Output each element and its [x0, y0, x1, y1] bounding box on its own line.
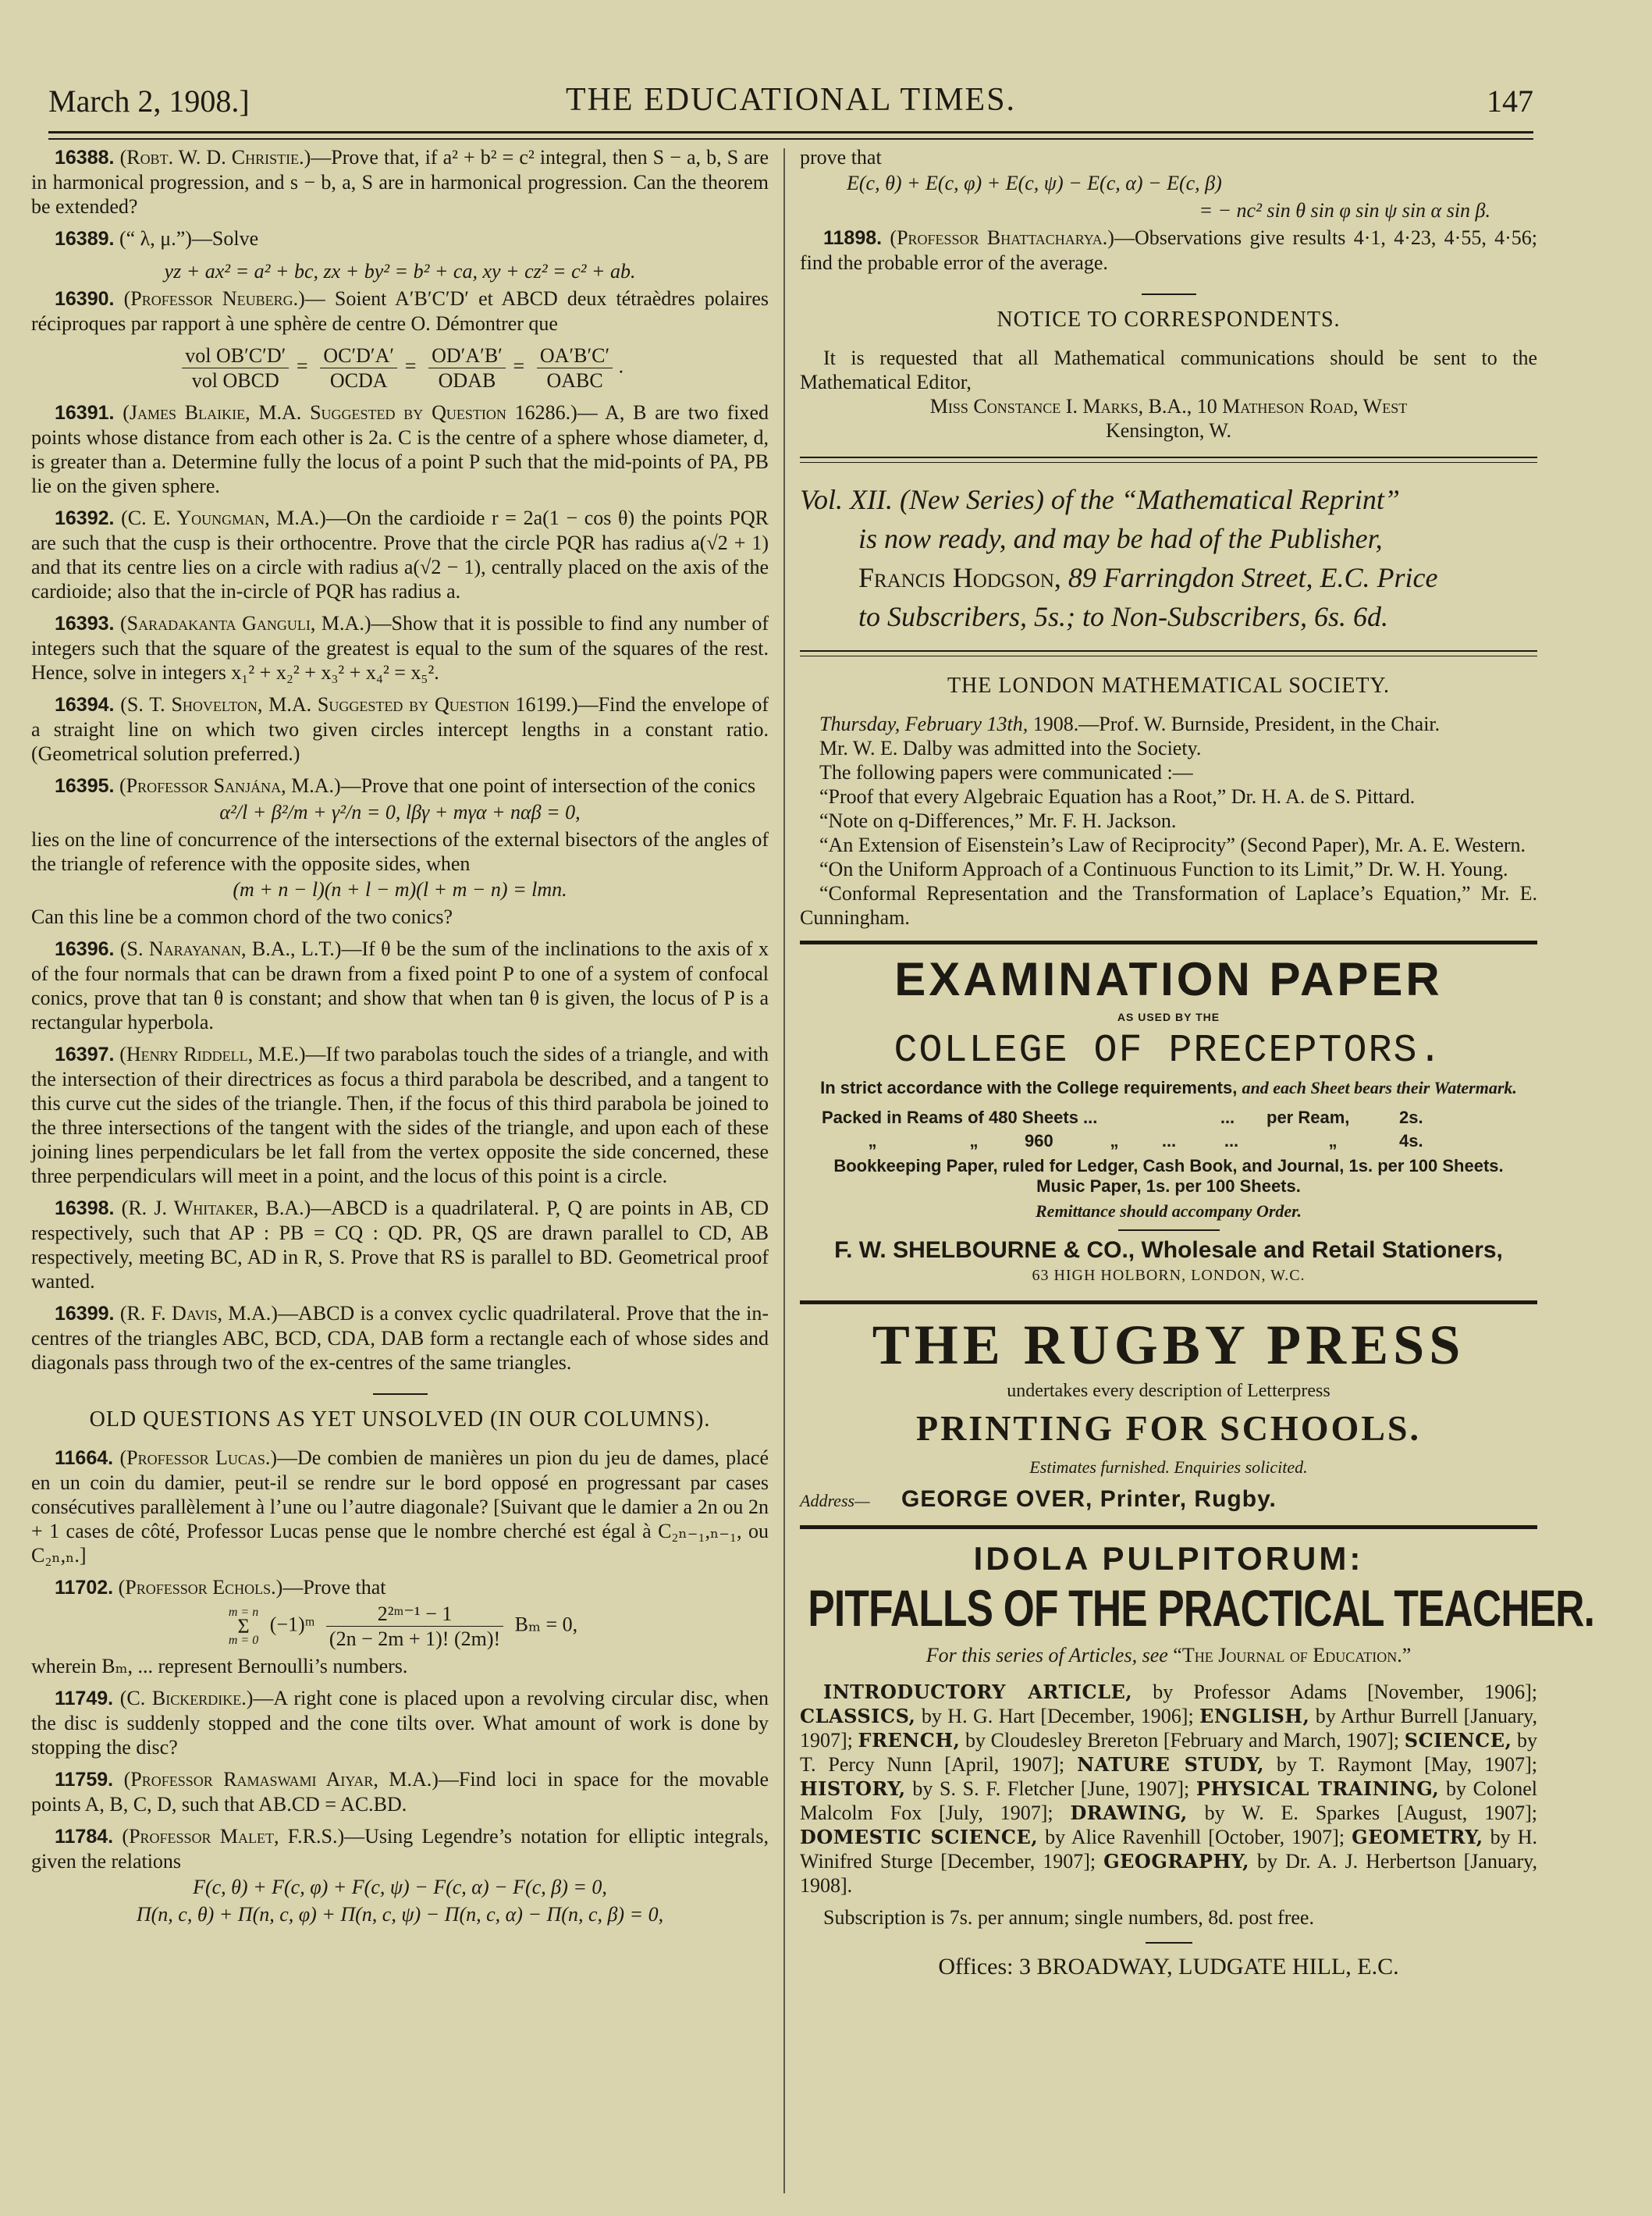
- question-author: (Professor Sanjána, M.A.): [119, 774, 341, 797]
- question-16388: 16388. (Robt. W. D. Christie.)—Prove tha…: [31, 145, 769, 219]
- divider: [1118, 1229, 1220, 1231]
- ad-divider: [800, 941, 1537, 944]
- fraction-equation: vol OB′C′D′vol OBCD= OC′D′A′OCDA= OD′A′B…: [31, 343, 769, 393]
- question-11898: 11898. (Professor Bhattacharya.)—Observa…: [800, 226, 1537, 275]
- remittance-text: Remittance should accompany Order.: [800, 1201, 1537, 1222]
- meeting-date: Thursday, February 13th,: [819, 713, 1028, 735]
- lms-papers-intro: The following papers were communicated :…: [800, 760, 1537, 784]
- question-16394: 16394. (S. T. Shovelton, M.A. Suggested …: [31, 692, 769, 766]
- question-11784: 11784. (Professor Malet, F.R.S.)—Using L…: [31, 1824, 769, 1873]
- question-author: (R. F. Davis, M.A.): [120, 1302, 278, 1325]
- price-value: 2s.: [1399, 1106, 1446, 1129]
- fraction: 2²ᵐ⁻¹ − 1(2n − 2m + 1)! (2m)!: [326, 1602, 503, 1651]
- question-number: 16389.: [55, 228, 114, 250]
- ditto: „: [822, 1129, 923, 1153]
- numerator: OC′D′A′: [320, 343, 397, 368]
- ad-title: THE RUGBY PRESS: [800, 1314, 1537, 1376]
- article-topic: NATURE STUDY,: [1077, 1753, 1264, 1776]
- article-topic: INTRODUCTORY ARTICLE,: [823, 1681, 1132, 1703]
- lms-meeting: Thursday, February 13th, 1908.—Prof. W. …: [800, 712, 1537, 736]
- price-dots: ...: [1142, 1129, 1196, 1153]
- article-list: INTRODUCTORY ARTICLE, by Professor Adams…: [800, 1680, 1537, 1898]
- examination-paper-ad: EXAMINATION PAPER AS USED BY THE COLLEGE…: [800, 954, 1537, 1288]
- question-number: 16398.: [55, 1197, 114, 1219]
- lms-paper: “Note on q-Differences,” Mr. F. H. Jacks…: [800, 809, 1537, 833]
- divider: [1146, 1942, 1192, 1944]
- question-author: (Professor Lucas.): [119, 1446, 277, 1469]
- question-number: 11759.: [55, 1769, 113, 1791]
- sign-term: (−1)ᵐ: [270, 1613, 315, 1635]
- question-author: (Professor Malet, F.R.S.): [122, 1825, 344, 1848]
- publication-title: THE EDUCATIONAL TIMES.: [48, 81, 1533, 119]
- sheet-count: 960: [1025, 1129, 1087, 1153]
- numerator: OD′A′B′: [428, 343, 506, 368]
- article-author: by W. E. Sparkes [August, 1907];: [1188, 1802, 1537, 1824]
- question-16393: 16393. (Saradakanta Ganguli, M.A.)—Show …: [31, 611, 769, 685]
- lms-paper: “Proof that every Algebraic Equation has…: [800, 784, 1537, 809]
- series-text: For this series of Articles, see: [926, 1644, 1174, 1666]
- ad-address: Address— GEORGE OVER, Printer, Rugby.: [800, 1487, 1537, 1513]
- price-row: „ „ 960 „ ... ... „ 4s.: [800, 1129, 1537, 1153]
- question-author: (Robt. W. D. Christie.): [120, 146, 311, 169]
- question-number: 16399.: [55, 1303, 114, 1325]
- question-number: 16397.: [55, 1044, 114, 1065]
- equation: (m + n − l)(n + l − m)(l + m − n) = lmn.: [31, 877, 769, 902]
- equation: Π(n, c, θ) + Π(n, c, φ) + Π(n, c, ψ) − Π…: [31, 1902, 769, 1926]
- stationer-name: F. W. SHELBOURNE & CO., Wholesale and Re…: [800, 1237, 1537, 1264]
- equation: yz + ax² = a² + bc, zx + by² = b² + ca, …: [31, 259, 769, 283]
- column-divider: [783, 148, 785, 2193]
- music-text: Music Paper, 1s. per 100 Sheets.: [800, 1176, 1537, 1197]
- fraction: OC′D′A′OCDA: [320, 343, 397, 393]
- accordance-text: In strict accordance with the College re…: [800, 1078, 1537, 1098]
- question-16392: 16392. (C. E. Youngman, M.A.)—On the car…: [31, 506, 769, 603]
- question-number: 16391.: [55, 402, 114, 424]
- denominator: vol OBCD: [182, 368, 289, 393]
- ad-estimates: Estimates furnished. Enquiries solicited…: [800, 1455, 1537, 1479]
- stationer-address: 63 HIGH HOLBORN, LONDON, W.C.: [800, 1264, 1537, 1288]
- article-author: by H. G. Hart [December, 1906];: [915, 1705, 1199, 1727]
- numerator: OA′B′C′: [537, 343, 613, 368]
- editor-address-line2: Kensington, W.: [800, 418, 1537, 443]
- remittance-italic: Remittance should accompany Order.: [1036, 1201, 1302, 1221]
- newspaper-page: March 2, 1908.] THE EDUCATIONAL TIMES. 1…: [0, 0, 1652, 2216]
- article-author: by S. S. F. Fletcher [June, 1907];: [906, 1777, 1196, 1800]
- old-questions-heading: OLD QUESTIONS AS YET UNSOLVED (IN OUR CO…: [31, 1407, 769, 1432]
- meeting-text: 1908.—Prof. W. Burnside, President, in t…: [1028, 713, 1440, 735]
- price-desc: Packed in Reams of 480 Sheets ...: [822, 1106, 1188, 1129]
- lms-report: Thursday, February 13th, 1908.—Prof. W. …: [800, 712, 1537, 930]
- price-dots: ...: [1188, 1106, 1267, 1129]
- ad-subtitle: undertakes every description of Letterpr…: [800, 1379, 1537, 1403]
- numerator: vol OB′C′D′: [182, 343, 289, 368]
- article-topic: FRENCH,: [858, 1729, 961, 1752]
- equation: F(c, θ) + F(c, φ) + F(c, ψ) − F(c, α) − …: [31, 1875, 769, 1899]
- ad-headline: PITFALLS OF THE PRACTICAL TEACHER.: [808, 1579, 1529, 1637]
- question-text: Can this line be a common chord of the t…: [31, 905, 769, 929]
- article-topic: GEOGRAPHY,: [1103, 1850, 1249, 1873]
- journal-name: “The Journal of Education.”: [1173, 1644, 1411, 1666]
- sum-lower-limit: m = 0: [229, 1634, 258, 1648]
- masthead: March 2, 1908.] THE EDUCATIONAL TIMES. 1…: [48, 78, 1533, 125]
- college-name: COLLEGE OF PRECEPTORS.: [800, 1030, 1537, 1073]
- ad-subtitle: AS USED BY THE: [800, 1005, 1537, 1030]
- question-number: 11702.: [55, 1577, 113, 1599]
- continuation-text: prove that: [800, 145, 1537, 169]
- question-number: 16393.: [55, 613, 114, 635]
- summation-equation: m = n Σ m = 0 (−1)ᵐ 2²ᵐ⁻¹ − 1(2n − 2m + …: [31, 1602, 769, 1651]
- question-number: 11664.: [55, 1447, 113, 1469]
- question-text: —Prove that: [282, 1576, 385, 1599]
- divider: [800, 457, 1537, 463]
- question-author: (Professor Echols.): [119, 1576, 283, 1599]
- question-author: (Saradakanta Ganguli, M.A.): [120, 612, 371, 635]
- question-author: (Henry Riddell, M.E.): [119, 1043, 305, 1065]
- question-16396: 16396. (S. Narayanan, B.A., L.T.)—If θ b…: [31, 937, 769, 1034]
- price-dots: ...: [1196, 1129, 1267, 1153]
- divider: [800, 650, 1537, 656]
- publisher-address: 89 Farringdon Street, E.C. Price: [1061, 562, 1438, 593]
- ad-headline: PRINTING FOR SCHOOLS.: [800, 1407, 1537, 1450]
- article-topic: CLASSICS,: [800, 1705, 915, 1727]
- address-label: Address—: [800, 1489, 901, 1513]
- price-value: 4s.: [1399, 1129, 1446, 1153]
- article-topic: SCIENCE,: [1405, 1729, 1512, 1752]
- question-author: (“ λ, μ.”): [119, 227, 192, 250]
- question-number: 16396.: [55, 938, 114, 960]
- reprint-line1: Vol. XII. (New Series) of the “Mathemati…: [800, 484, 1400, 515]
- ditto: „: [1087, 1129, 1142, 1153]
- question-text: —Prove that one point of intersection of…: [341, 774, 755, 797]
- subscription-text: Subscription is 7s. per annum; single nu…: [800, 1905, 1537, 1930]
- ad-divider: [800, 1300, 1537, 1304]
- lms-admitted: Mr. W. E. Dalby was admitted into the So…: [800, 736, 1537, 760]
- question-number: 16388.: [55, 147, 114, 169]
- lms-paper: “An Extension of Eisenstein’s Law of Rec…: [800, 833, 1537, 857]
- section-divider: [373, 1393, 428, 1395]
- article-topic: HISTORY,: [800, 1777, 906, 1800]
- article-author: by Cloudesley Brereton [February and Mar…: [960, 1729, 1404, 1752]
- reprint-line4: to Subscribers, 5s.; to Non-Subscribers,…: [800, 597, 1537, 636]
- ad-title: EXAMINATION PAPER: [800, 954, 1537, 1005]
- lms-paper: “Conformal Representation and the Transf…: [800, 881, 1537, 930]
- numerator: 2²ᵐ⁻¹ − 1: [326, 1602, 503, 1627]
- equation: E(c, θ) + E(c, φ) + E(c, ψ) − E(c, α) − …: [800, 171, 1537, 195]
- accordance-main: In strict accordance with the College re…: [820, 1078, 1237, 1097]
- accordance-italic: and each Sheet bears their Watermark.: [1242, 1078, 1516, 1097]
- ad-divider: [800, 1525, 1537, 1529]
- question-16391: 16391. (James Blaikie, M.A. Suggested by…: [31, 400, 769, 498]
- question-number: 16394.: [55, 694, 114, 716]
- equals-zero: = 0,: [545, 1613, 577, 1635]
- question-number: 11784.: [55, 1826, 113, 1848]
- reprint-notice: Vol. XII. (New Series) of the “Mathemati…: [800, 480, 1537, 636]
- editor-address: Miss Constance I. Marks, B.A., 10 Mathes…: [800, 394, 1537, 418]
- question-author: (Professor Neuberg.): [124, 287, 305, 310]
- article-topic: GEOMETRY,: [1352, 1826, 1483, 1848]
- article-topic: ENGLISH,: [1199, 1705, 1309, 1727]
- question-11759: 11759. (Professor Ramaswami Aiyar, M.A.)…: [31, 1767, 769, 1816]
- question-text: lies on the line of concurrence of the i…: [31, 827, 769, 876]
- article-author: by Professor Adams [November, 1906];: [1132, 1681, 1537, 1703]
- fraction: OA′B′C′OABC: [537, 343, 613, 393]
- fraction: OD′A′B′ODAB: [428, 343, 506, 393]
- article-author: by Alice Ravenhill [October, 1907];: [1038, 1826, 1352, 1848]
- fraction: vol OB′C′D′vol OBCD: [182, 343, 289, 393]
- series-reference: For this series of Articles, see “The Jo…: [800, 1643, 1537, 1667]
- question-author: (S. Narayanan, B.A., L.T.): [120, 937, 342, 960]
- price-unit: per Ream,: [1267, 1106, 1399, 1129]
- sigma: Σ: [229, 1620, 258, 1634]
- notice-heading: NOTICE TO CORRESPONDENTS.: [800, 308, 1537, 332]
- question-author: (James Blaikie, M.A. Suggested by Questi…: [123, 401, 577, 424]
- equation: α²/l + β²/m + γ²/n = 0, lβγ + mγα + nαβ …: [31, 800, 769, 824]
- question-number: 16390.: [55, 288, 114, 310]
- ditto: „: [923, 1129, 1025, 1153]
- question-16397: 16397. (Henry Riddell, M.E.)—If two para…: [31, 1042, 769, 1188]
- question-11749: 11749. (C. Bickerdike.)—A right cone is …: [31, 1686, 769, 1759]
- reprint-line2: is now ready, and may be had of the Publ…: [800, 519, 1537, 558]
- notice-text: It is requested that all Mathematical co…: [800, 346, 1537, 394]
- question-author: (C. Bickerdike.): [120, 1687, 254, 1709]
- question-16390: 16390. (Professor Neuberg.)— Soient A′B′…: [31, 286, 769, 336]
- question-author: (S. T. Shovelton, M.A. Suggested by Ques…: [120, 693, 577, 716]
- offices-address: Offices: 3 BROADWAY, LUDGATE HILL, E.C.: [800, 1955, 1537, 1979]
- bookkeeping-text: Bookkeeping Paper, ruled for Ledger, Cas…: [800, 1156, 1537, 1176]
- section-divider: [1142, 293, 1196, 295]
- publisher-name: Francis Hodgson,: [858, 562, 1061, 593]
- question-11702: 11702. (Professor Echols.)—Prove that: [31, 1575, 769, 1600]
- question-number: 16392.: [55, 507, 114, 529]
- question-16399: 16399. (R. F. Davis, M.A.)—ABCD is a con…: [31, 1301, 769, 1375]
- question-16395: 16395. (Professor Sanjána, M.A.)—Prove t…: [31, 774, 769, 799]
- page-number: 147: [1487, 83, 1533, 119]
- ad-title: IDOLA PULPITORUM:: [800, 1538, 1537, 1579]
- question-author: (Professor Ramaswami Aiyar, M.A.): [124, 1768, 439, 1791]
- article-topic: DOMESTIC SCIENCE,: [800, 1826, 1038, 1848]
- question-11664: 11664. (Professor Lucas.)—De combien de …: [31, 1446, 769, 1567]
- price-row: Packed in Reams of 480 Sheets ... ... pe…: [800, 1106, 1537, 1129]
- ditto: „: [1267, 1129, 1399, 1153]
- denominator: ODAB: [428, 368, 506, 393]
- question-author: (C. E. Youngman, M.A.): [121, 507, 326, 529]
- question-number: 11749.: [55, 1688, 113, 1709]
- reprint-line3: Francis Hodgson, 89 Farringdon Street, E…: [800, 558, 1537, 597]
- denominator: OCDA: [320, 368, 397, 393]
- question-16398: 16398. (R. J. Whitaker, B.A.)—ABCD is a …: [31, 1196, 769, 1293]
- question-text: wherein Bₘ, ... represent Bernoulli’s nu…: [31, 1654, 769, 1678]
- question-number: 11898.: [823, 227, 882, 249]
- masthead-rule: [48, 131, 1533, 140]
- idola-ad: IDOLA PULPITORUM: PITFALLS OF THE PRACTI…: [800, 1538, 1537, 1979]
- right-column: prove that E(c, θ) + E(c, φ) + E(c, ψ) −…: [800, 145, 1537, 1979]
- address-value: GEORGE OVER, Printer, Rugby.: [901, 1487, 1277, 1511]
- equation: = − nc² sin θ sin φ sin ψ sin α sin β.: [800, 198, 1537, 222]
- rugby-press-ad: THE RUGBY PRESS undertakes every descrip…: [800, 1314, 1537, 1513]
- question-author: (R. J. Whitaker, B.A.): [122, 1197, 311, 1219]
- article-author: by T. Raymont [May, 1907];: [1264, 1753, 1537, 1776]
- denominator: (2n − 2m + 1)! (2m)!: [326, 1627, 503, 1651]
- lms-heading: THE LONDON MATHEMATICAL SOCIETY.: [800, 674, 1537, 698]
- article-topic: DRAWING,: [1070, 1802, 1187, 1824]
- summation-sign: m = n Σ m = 0: [229, 1606, 258, 1648]
- article-topic: PHYSICAL TRAINING,: [1196, 1777, 1439, 1800]
- question-author: (Professor Bhattacharya.): [890, 226, 1114, 249]
- question-number: 16395.: [55, 775, 114, 797]
- bernoulli-term: Bₘ: [515, 1613, 541, 1635]
- denominator: OABC: [537, 368, 613, 393]
- left-column: 16388. (Robt. W. D. Christie.)—Prove tha…: [31, 145, 769, 1930]
- lms-paper: “On the Uniform Approach of a Continuous…: [800, 857, 1537, 881]
- question-text: —Solve: [192, 227, 258, 250]
- question-16389: 16389. (“ λ, μ.”)—Solve: [31, 226, 769, 251]
